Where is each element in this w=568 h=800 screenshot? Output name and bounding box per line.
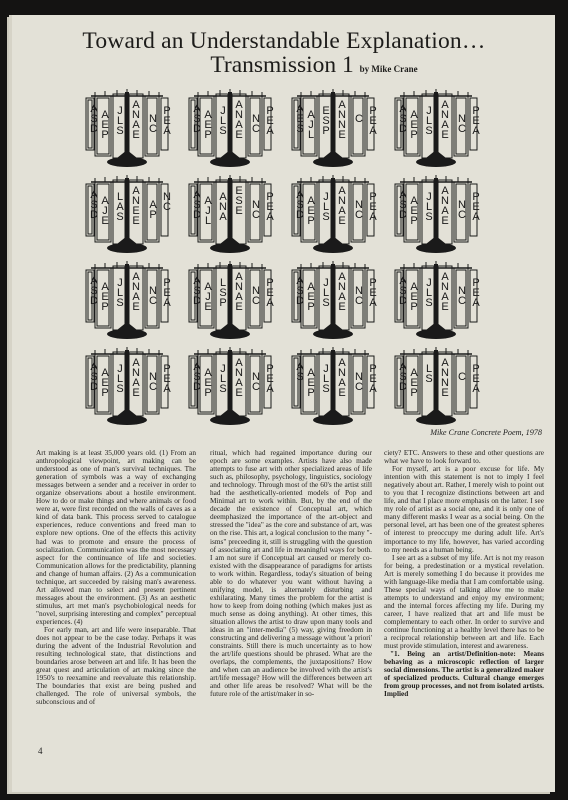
rotating-letter-stand: ASDAEPLSANNECPEA (392, 346, 480, 428)
panel-letters: NC (250, 114, 262, 134)
body-column-3: ciety? ETC. Answers to these and other q… (384, 449, 544, 698)
panel-letters: C (456, 372, 468, 382)
figure-caption: Mike Crane Concrete Poem, 1978 (430, 428, 542, 437)
rotating-letter-stand: ASDAJELASANEEAPNC (83, 174, 171, 256)
panel-letters: JLS (423, 192, 435, 222)
paragraph: For early man, art and life were insepar… (36, 626, 196, 706)
rotating-letter-stand: ASDAEPJLSANAENCPEA (186, 346, 274, 428)
panel-letters: PEA (264, 364, 276, 394)
panel-letters: ANNE (336, 100, 348, 140)
paragraph: I see art as a subset of my life. Art is… (384, 554, 544, 651)
panel-letters: ANAE (233, 100, 245, 140)
panel-letters: PEA (264, 106, 276, 136)
panel-letters: PEA (470, 364, 482, 394)
panel-letters: ANAE (130, 358, 142, 398)
panel-letters: AEP (305, 282, 317, 312)
panel-letters: AEP (202, 110, 214, 140)
article-subtitle: Transmission 1 by Mike Crane (0, 52, 568, 79)
panel-letters: PEA (161, 278, 173, 308)
panel-letters: JLS (423, 278, 435, 308)
panel-letters: JLS (114, 278, 126, 308)
panel-letters: ANAE (439, 100, 451, 140)
panel-letters: PEA (161, 106, 173, 136)
rotating-letter-stand: ASDAEPJLSANAENCPEA (83, 260, 171, 342)
panel-letters: PEA (470, 192, 482, 222)
panel-letters: ANAE (336, 272, 348, 312)
panel-letters: PEA (161, 364, 173, 394)
paragraph: Art making is at least 35,000 years old.… (36, 449, 196, 626)
panel-letters: ANAE (336, 186, 348, 226)
footnote-paragraph: "1. Being an artist/Definition-note: Mea… (384, 650, 544, 698)
paragraph: ritual, which had regained importance du… (210, 449, 372, 698)
panel-letters: NC (147, 372, 159, 392)
rotating-letter-stand: ASDAEPJLSANAENCPEA (392, 88, 480, 170)
panel-letters: NC (456, 114, 468, 134)
panel-letters: AJE (99, 196, 111, 226)
panel-letters: AEP (408, 282, 420, 312)
rotating-letter-stand: ASDAEPJLSANAENCPEA (289, 174, 377, 256)
panel-letters: NC (353, 286, 365, 306)
rotating-letter-stand: ASDAJLANAESENCPEA (186, 174, 274, 256)
rotating-letter-stand: ASDAEPJLSANAENCPEA (83, 346, 171, 428)
panel-letters: PEA (470, 106, 482, 136)
panel-letters: ANEE (130, 186, 142, 226)
panel-letters: NC (353, 372, 365, 392)
panel-letters: ANAE (439, 186, 451, 226)
panel-letters: JLS (320, 278, 332, 308)
panel-letters: JLS (320, 364, 332, 394)
panel-letters: NC (147, 286, 159, 306)
rotating-letter-stand: AESAJLESPANNECPEA (289, 88, 377, 170)
article-title: Toward an Understandable Explanation… (0, 28, 568, 55)
paragraph: ciety? ETC. Answers to these and other q… (384, 449, 544, 465)
panel-letters: AEP (305, 368, 317, 398)
panel-letters: ESP (320, 106, 332, 136)
panel-letters: NC (456, 286, 468, 306)
panel-letters: AJL (305, 110, 317, 140)
rotating-letter-stand: ASDAEPJLSANAENCPEA (392, 260, 480, 342)
panel-letters: C (353, 114, 365, 124)
rotating-letter-stand: ASDAEPJLSANAENCPEA (289, 260, 377, 342)
panel-letters: PEA (367, 278, 379, 308)
panel-letters: AJL (202, 196, 214, 226)
body-column-1: Art making is at least 35,000 years old.… (36, 449, 196, 707)
panel-letters: AEP (408, 110, 420, 140)
panel-letters: PEA (367, 364, 379, 394)
panel-letters: LS (423, 364, 435, 384)
panel-letters: ANAE (233, 272, 245, 312)
panel-letters: NC (250, 200, 262, 220)
panel-letters: LAS (114, 192, 126, 222)
panel-letters: PEA (264, 192, 276, 222)
panel-letters: JLS (217, 106, 229, 136)
byline: by Mike Crane (360, 64, 418, 74)
concrete-poem-figure: ASDAEPJLSANAENCPEA ASDAEPJLSANAENCPEA AE… (83, 88, 495, 432)
page-number: 4 (38, 746, 43, 756)
panel-letters: JLS (114, 106, 126, 136)
panel-letters: AP (147, 200, 159, 220)
rotating-letter-stand: ASAEPJLSANAENCPEA (289, 346, 377, 428)
panel-letters: NC (161, 192, 173, 212)
panel-letters: ANAE (130, 272, 142, 312)
rotating-letter-stand: ASDAEPJLSANAENCPEA (392, 174, 480, 256)
panel-letters: NC (250, 372, 262, 392)
body-column-2: ritual, which had regained importance du… (210, 449, 372, 698)
panel-letters: AJE (202, 282, 214, 312)
subtitle-text: Transmission 1 (210, 52, 353, 78)
rotating-letter-stand: ASDAEPJLSANAENCPEA (83, 88, 171, 170)
panel-letters: PEA (470, 278, 482, 308)
panel-letters: ANAE (130, 100, 142, 140)
panel-letters: AEP (202, 368, 214, 398)
panel-letters: NC (250, 286, 262, 306)
paragraph: For myself, art is a poor excuse for lif… (384, 465, 544, 554)
panel-letters: NC (353, 200, 365, 220)
panel-letters: AEP (305, 196, 317, 226)
panel-letters: PEA (367, 106, 379, 136)
panel-letters: AEP (99, 110, 111, 140)
panel-letters: JLS (217, 364, 229, 394)
panel-letters: JLS (114, 364, 126, 394)
panel-letters: AEP (408, 196, 420, 226)
panel-letters: PEA (367, 192, 379, 222)
rotating-letter-stand: ASDAEPJLSANAENCPEA (186, 88, 274, 170)
panel-letters: AEP (99, 368, 111, 398)
rotating-letter-stand: ASDAJELSPANAENCPEA (186, 260, 274, 342)
panel-letters: ANA (217, 192, 229, 222)
panel-letters: ESE (233, 186, 245, 216)
panel-letters: NC (147, 114, 159, 134)
panel-letters: PEA (264, 278, 276, 308)
panel-letters: NC (456, 200, 468, 220)
panel-letters: ANNE (439, 358, 451, 398)
panel-letters: ANAE (233, 358, 245, 398)
panel-letters: JLS (320, 192, 332, 222)
panel-letters: JLS (423, 106, 435, 136)
panel-letters: AEP (408, 368, 420, 398)
panel-letters: AEP (99, 282, 111, 312)
panel-letters: ANAE (336, 358, 348, 398)
panel-letters: ANAE (439, 272, 451, 312)
panel-letters: LSP (217, 278, 229, 308)
